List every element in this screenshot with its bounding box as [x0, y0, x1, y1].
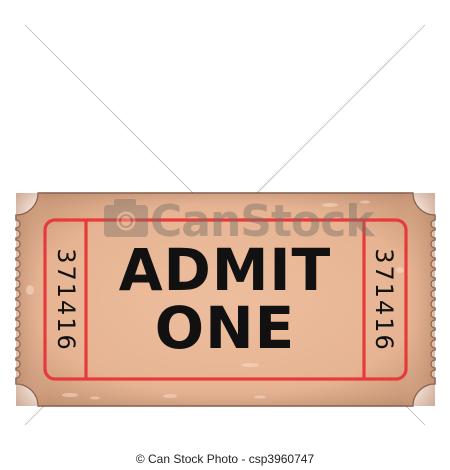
headline-admit: ADMIT — [5, 240, 446, 300]
stock-caption: © Can Stock Photo - csp3960747 — [0, 452, 450, 466]
headline-one: ONE — [0, 298, 450, 358]
stock-image: CanStock 371416 371416 ADMIT ONE © Can S… — [0, 0, 450, 470]
